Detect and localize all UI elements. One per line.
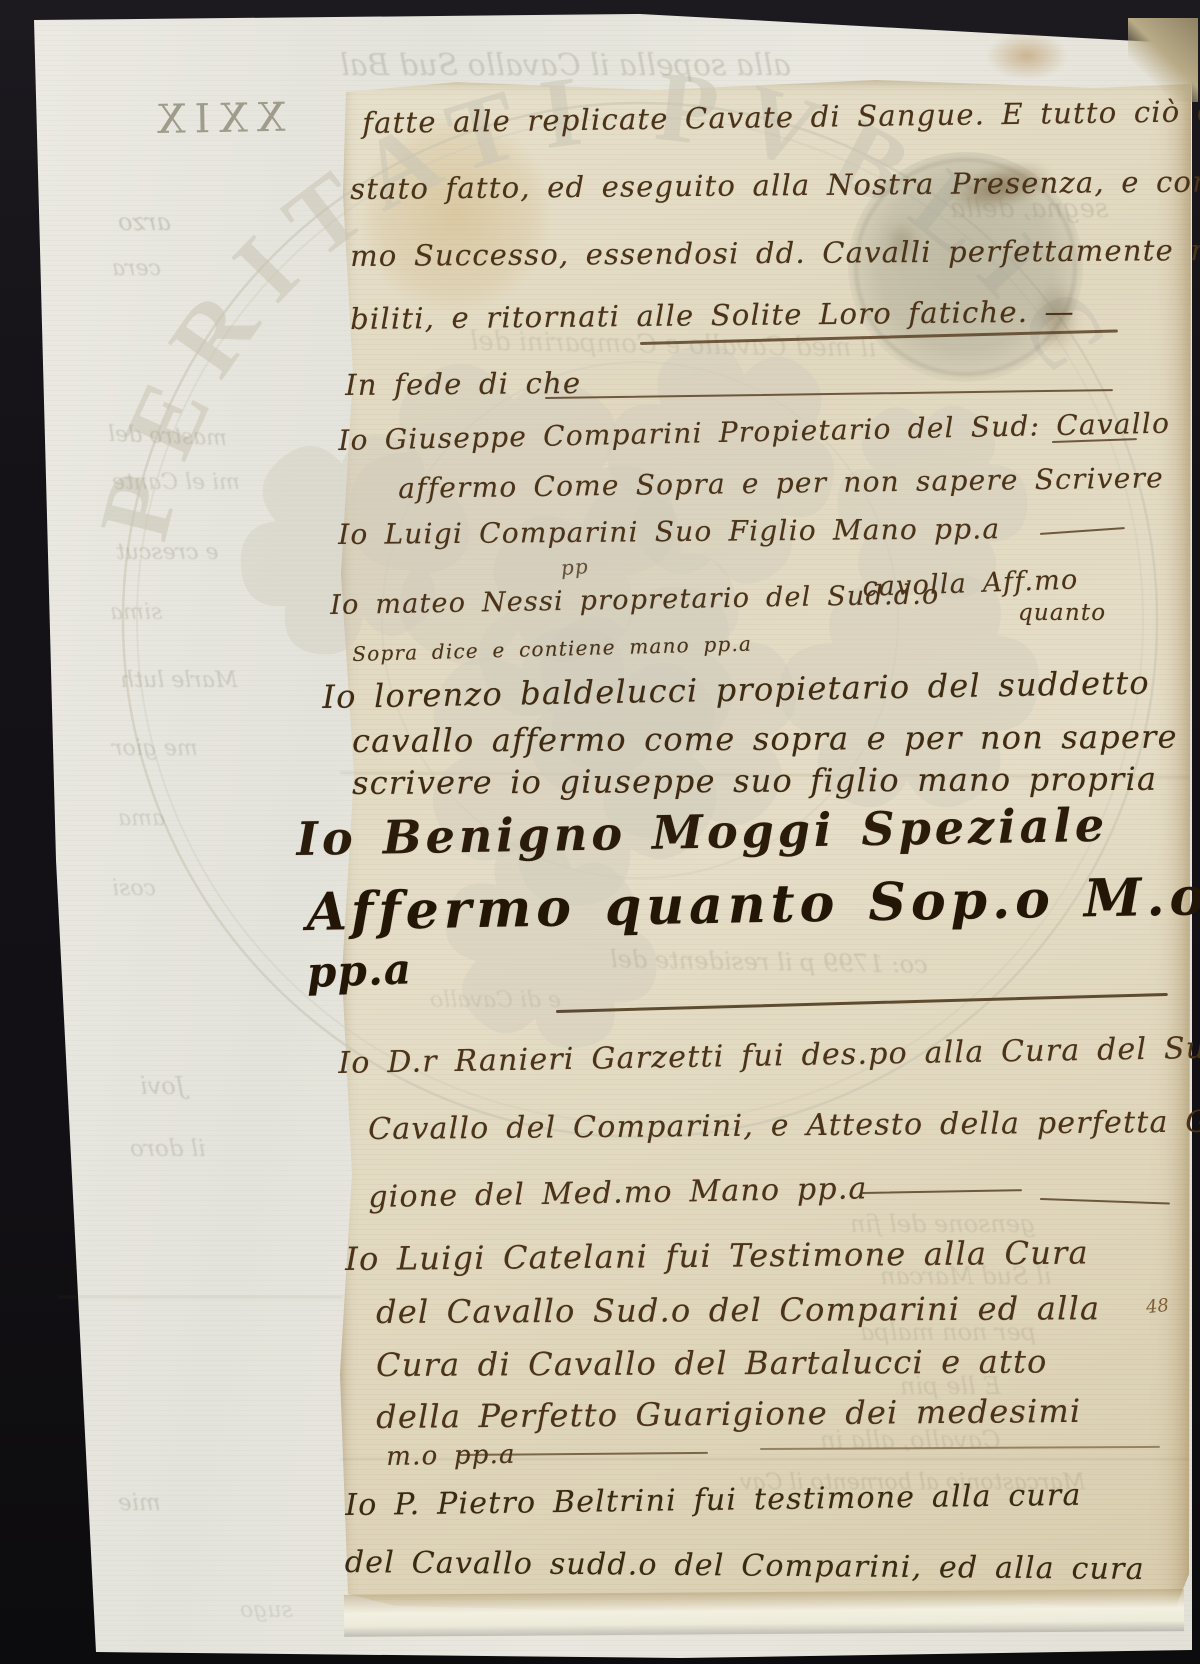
scanned-manuscript-page: PERITATI PVBLIC XXIX alla sopella il Cav…: [0, 0, 1200, 1664]
ghost-text-fragment: arzo: [118, 208, 171, 236]
ghost-text-fragment: me gior: [112, 736, 198, 761]
manuscript-line: stato fatto, ed eseguito alla Nostra Pre…: [350, 164, 1200, 206]
manuscript-line: Cavallo del Comparini, e Attesto della p…: [368, 1104, 1200, 1147]
ghost-text-fragment: Jovi: [140, 1072, 185, 1100]
manuscript-line: del Cavallo Sud.o del Comparini ed alla: [376, 1289, 1100, 1331]
manuscript-line: pp: [560, 554, 590, 580]
page-bottom-edge: [344, 1589, 1184, 1637]
manuscript-line: Cura di Cavallo del Bartalucci e atto: [376, 1342, 1048, 1384]
ghost-text-fragment: ama: [118, 806, 165, 831]
manuscript-line: In fede di che: [345, 366, 581, 402]
manuscript-line: m.o pp.a: [386, 1440, 516, 1472]
folio-numeral: XXIX: [148, 95, 286, 143]
manuscript-line: pp.a: [306, 944, 413, 997]
margin-note: 48: [1145, 1295, 1170, 1318]
ghost-text-fragment: cera: [112, 256, 161, 281]
ghost-text-fragment: mastro del: [108, 422, 228, 451]
ghost-text-fragment: e crescut: [116, 540, 219, 565]
ghost-text-fragment: e di Cavallo: [430, 988, 561, 1013]
ghost-text-fragment: il doro: [130, 1136, 205, 1162]
manuscript-line: scrivere io giuseppe suo figlio mano pro…: [352, 760, 1157, 802]
manuscript-line: Io Luigi Catelani fui Testimone alla Cur…: [345, 1234, 1089, 1278]
ghost-text-fragment: cosi: [112, 876, 156, 901]
manuscript-line: mo Successo, essendosi dd. Cavalli perfe…: [350, 233, 1200, 273]
ghost-text-fragment: Marle luth: [120, 668, 237, 693]
manuscript-line: Io Luigi Comparini Suo Figlio Mano pp.a: [338, 512, 1000, 551]
ghost-text-fragment: alla sopella il Cavallo Sud Bal: [340, 48, 791, 83]
ghost-text-fragment: sugo: [240, 1598, 293, 1623]
manuscript-line: della Perfetto Guarigione dei medesimi: [376, 1392, 1082, 1436]
ghost-text-fragment: co: 1799 p il residente del: [610, 945, 928, 979]
manuscript-line: del Cavallo sudd.o del Comparini, ed all…: [345, 1545, 1145, 1587]
ghost-text-fragment: mi el Cante: [112, 470, 240, 495]
ghost-text-fragment: mie: [118, 1490, 161, 1516]
manuscript-line: quanto: [1018, 600, 1106, 626]
ghost-text-fragment: sima: [110, 600, 162, 625]
manuscript-line: cavallo affermo come sopra e per non sap…: [352, 718, 1178, 760]
